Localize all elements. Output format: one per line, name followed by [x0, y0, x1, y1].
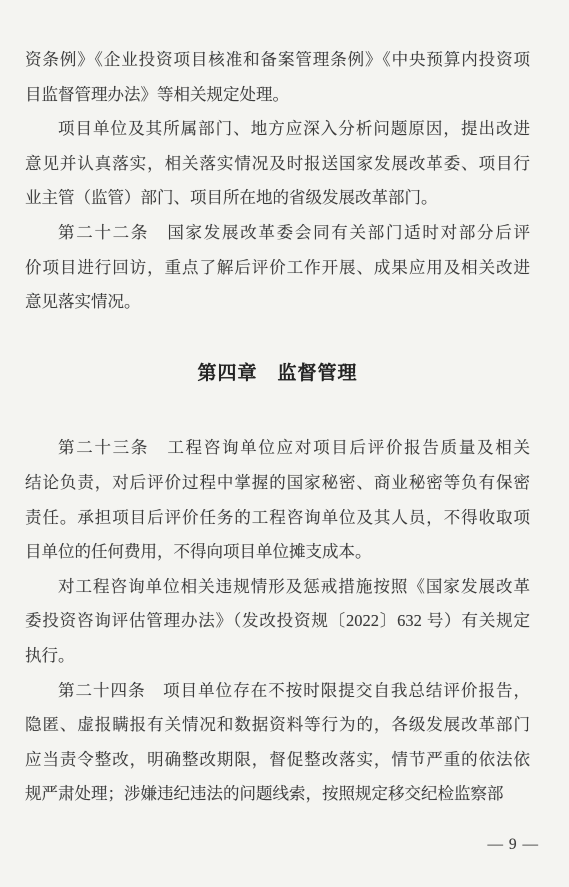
- chapter-heading: 第四章 监督管理: [25, 357, 530, 392]
- body-text-line: 第二十三条 工程咨询单位应对项目后评价报告质量及相关: [25, 431, 530, 466]
- body-text-line: 第二十二条 国家发展改革委会同有关部门适时对部分后评: [25, 216, 530, 251]
- body-text-line: 责任。承担项目后评价任务的工程咨询单位及其人员，不得收取项: [25, 501, 530, 536]
- body-text-line: 意见落实情况。: [25, 285, 530, 320]
- body-text-line: 执行。: [25, 639, 530, 674]
- body-text-line: 目监督管理办法》等相关规定处理。: [25, 78, 530, 113]
- body-text-line: 规严肃处理；涉嫌违纪违法的问题线索，按照规定移交纪检监察部: [25, 777, 530, 812]
- body-text-line: 委投资咨询评估管理办法》（发改投资规〔2022〕632 号）有关规定: [25, 604, 530, 639]
- document-page: 资条例》《企业投资项目核准和备案管理条例》《中央预算内投资项目监督管理办法》等相…: [0, 0, 569, 887]
- body-text-line: 应当责令整改，明确整改期限，督促整改落实，情节严重的依法依: [25, 743, 530, 778]
- body-text-line: 结论负责，对后评价过程中掌握的国家秘密、商业秘密等负有保密: [25, 466, 530, 501]
- body-text-line: 资条例》《企业投资项目核准和备案管理条例》《中央预算内投资项: [25, 43, 530, 78]
- body-text-line: 业主管（监管）部门、项目所在地的省级发展改革部门。: [25, 181, 530, 216]
- body-text-line: 隐匿、虚报瞒报有关情况和数据资料等行为的，各级发展改革部门: [25, 708, 530, 743]
- body-text-line: 项目单位及其所属部门、地方应深入分析问题原因，提出改进: [25, 112, 530, 147]
- page-number: — 9 —: [488, 834, 540, 856]
- body-text-line: 对工程咨询单位相关违规情形及惩戒措施按照《国家发展改革: [25, 570, 530, 605]
- body-text-line: 价项目进行回访，重点了解后评价工作开展、成果应用及相关改进: [25, 251, 530, 286]
- body-text-line: 意见并认真落实，相关落实情况及时报送国家发展改革委、项目行: [25, 147, 530, 182]
- body-text-line: 第二十四条 项目单位存在不按时限提交自我总结评价报告，: [25, 674, 530, 709]
- body-text-line: 目单位的任何费用，不得向项目单位摊支成本。: [25, 535, 530, 570]
- document-body: 资条例》《企业投资项目核准和备案管理条例》《中央预算内投资项目监督管理办法》等相…: [25, 43, 530, 812]
